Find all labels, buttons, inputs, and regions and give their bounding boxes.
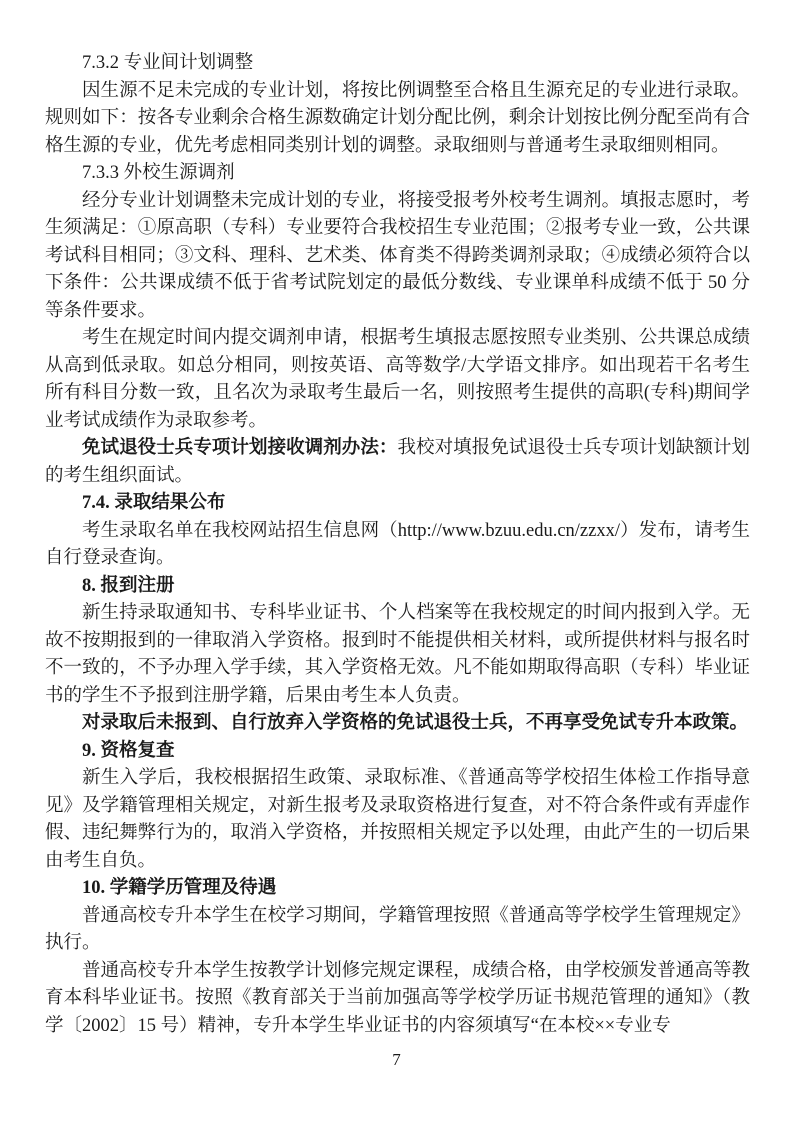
subheading-7-3-2: 7.3.2 专业间计划调整	[45, 50, 750, 78]
paragraph-veteran-transfer-method: 免试退役士兵专项计划接收调剂办法：我校对填报免试退役士兵专项计划缺额计划的考生组…	[45, 435, 750, 490]
paragraph-student-status-management: 普通高校专升本学生在校学习期间，学籍管理按照《普通高等学校学生管理规定》执行。	[45, 903, 750, 958]
paragraph-diploma-regulations: 普通高校专升本学生按教学计划修完规定课程，成绩合格，由学校颁发普通高等教育本科毕…	[45, 958, 750, 1041]
paragraph-external-transfer-conditions: 经分专业计划调整未完成计划的专业，将接受报考外校考生调剂。填报志愿时，考生须满足…	[45, 188, 750, 326]
paragraph-admission-list-publication: 考生录取名单在我校网站招生信息网（http://www.bzuu.edu.cn/…	[45, 518, 750, 573]
heading-9-qualification-review: 9. 资格复查	[45, 738, 750, 766]
paragraph-veteran-policy-warning: 对录取后未报到、自行放弃入学资格的免试退役士兵，不再享受免试专升本政策。	[45, 710, 750, 738]
document-content: 7.3.2 专业间计划调整 因生源不足未完成的专业计划，将按比例调整至合格且生源…	[45, 50, 750, 1040]
heading-8-registration: 8. 报到注册	[45, 573, 750, 601]
subheading-7-3-3: 7.3.3 外校生源调剂	[45, 160, 750, 188]
document-page: 7.3.2 专业间计划调整 因生源不足未完成的专业计划，将按比例调整至合格且生源…	[0, 0, 793, 1122]
heading-10-student-status: 10. 学籍学历管理及待遇	[45, 875, 750, 903]
veteran-transfer-lead: 免试退役士兵专项计划接收调剂办法：	[82, 438, 397, 458]
heading-7-4-admission-results: 7.4. 录取结果公布	[45, 490, 750, 518]
paragraph-interprofessional-plan-adjustment: 因生源不足未完成的专业计划，将按比例调整至合格且生源充足的专业进行录取。规则如下…	[45, 78, 750, 161]
paragraph-registration-requirements: 新生持录取通知书、专科毕业证书、个人档案等在我校规定的时间内报到入学。无故不按期…	[45, 600, 750, 710]
page-number: 7	[0, 1050, 793, 1070]
paragraph-transfer-admission-rules: 考生在规定时间内提交调剂申请，根据考生填报志愿按照专业类别、公共课总成绩从高到低…	[45, 325, 750, 435]
paragraph-qualification-review: 新生入学后，我校根据招生政策、录取标准、《普通高等学校招生体检工作指导意见》及学…	[45, 765, 750, 875]
